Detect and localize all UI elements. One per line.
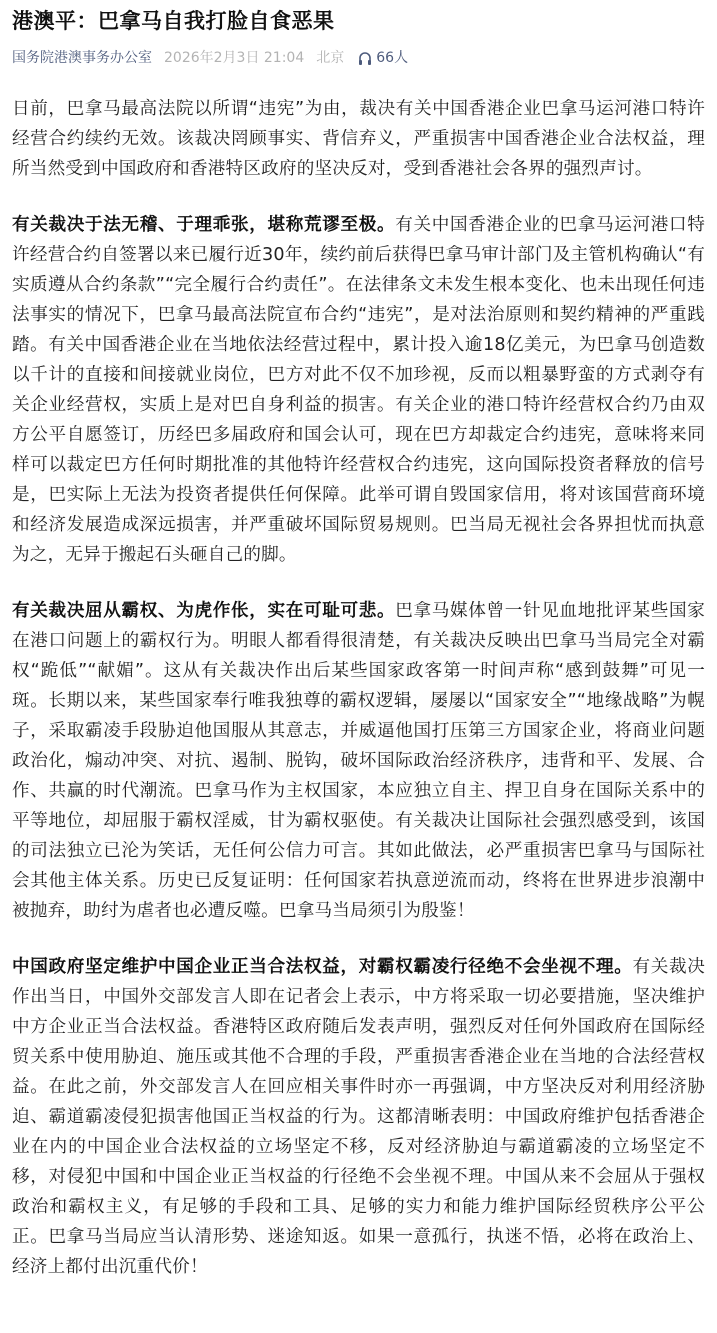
article-body: 日前，巴拿马最高法院以所谓“违宪”为由，裁决有关中国香港企业巴拿马运河港口特许经… xyxy=(12,94,705,1282)
paragraph-text: 巴拿马媒体曾一针见血地批评某些国家在港口问题上的霸权行为。明眼人都看得很清楚，有… xyxy=(12,601,705,921)
listener-count: 66人 xyxy=(376,48,408,68)
article-title: 港澳平：巴拿马自我打脸自食恶果 xyxy=(12,0,705,36)
paragraph-text: 有关中国香港企业的巴拿马运河港口特许经营合约自签署以来已履行近30年，续约前后获… xyxy=(12,215,705,565)
publish-date: 2026年2月3日 21:04 xyxy=(164,48,304,68)
paragraph-text: 日前，巴拿马最高法院以所谓“违宪”为由，裁决有关中国香港企业巴拿马运河港口特许经… xyxy=(12,99,705,179)
source-link[interactable]: 国务院港澳事务办公室 xyxy=(12,48,152,68)
paragraph-lead: 中国政府坚定维护中国企业正当合法权益，对霸权霸凌行径绝不会坐视不理。 xyxy=(12,957,632,977)
paragraph-3: 有关裁决屈从霸权、为虎作伥，实在可耻可悲。巴拿马媒体曾一针见血地批评某些国家在港… xyxy=(12,596,705,926)
paragraph-1: 日前，巴拿马最高法院以所谓“违宪”为由，裁决有关中国香港企业巴拿马运河港口特许经… xyxy=(12,94,705,184)
paragraph-2: 有关裁决于法无稽、于理乖张，堪称荒谬至极。有关中国香港企业的巴拿马运河港口特许经… xyxy=(12,210,705,570)
listen-button[interactable]: 66人 xyxy=(358,48,408,68)
article-meta: 国务院港澳事务办公室 2026年2月3日 21:04 北京 66人 xyxy=(12,48,705,68)
paragraph-lead: 有关裁决于法无稽、于理乖张，堪称荒谬至极。 xyxy=(12,215,395,235)
paragraph-text: 有关裁决作出当日，中国外交部发言人即在记者会上表示，中方将采取一切必要措施，坚决… xyxy=(12,957,705,1277)
paragraph-lead: 有关裁决屈从霸权、为虎作伥，实在可耻可悲。 xyxy=(12,601,395,621)
headphones-icon xyxy=(358,51,372,66)
article: 港澳平：巴拿马自我打脸自食恶果 国务院港澳事务办公室 2026年2月3日 21:… xyxy=(0,0,717,1282)
paragraph-4: 中国政府坚定维护中国企业正当合法权益，对霸权霸凌行径绝不会坐视不理。有关裁决作出… xyxy=(12,952,705,1282)
publish-location: 北京 xyxy=(316,48,344,68)
